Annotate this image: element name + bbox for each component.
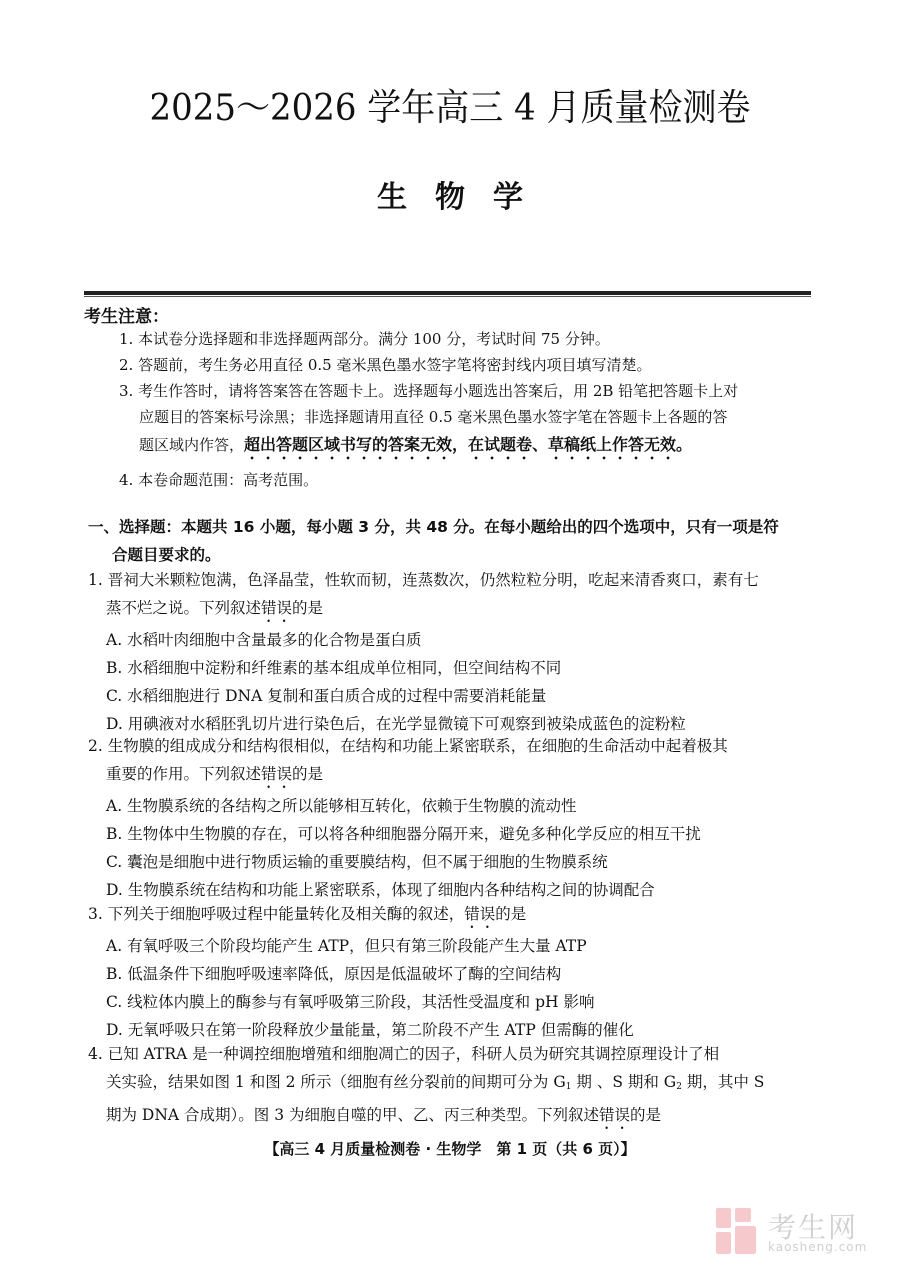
watermark-url: kaosheng.com xyxy=(768,1240,867,1254)
question-3-option-c: C. 线粒体内膜上的酶参与有氧呼吸第三阶段，其活性受温度和 pH 影响 xyxy=(88,988,823,1016)
question-2-stem-line2: 重要的作用。下列叙述错误的是 xyxy=(88,760,823,792)
question-3-option-b: B. 低温条件下细胞呼吸速率降低，原因是低温破坏了酶的空间结构 xyxy=(88,960,823,988)
notice-emphasis-warning: 超出答题区域书写的答案无效，在试题卷、草稿纸上作答无效。 xyxy=(244,435,692,454)
question-1-emphasis: 错误 xyxy=(261,599,292,617)
question-4-stem-line1: 4. 已知 ATRA 是一种调控细胞增殖和细胞凋亡的因子，科研人员为研究其调控原… xyxy=(88,1040,823,1068)
question-4-stem-text-a: 关实验，结果如图 1 和图 2 所示（细胞有丝分裂前的间期可分为 G xyxy=(106,1073,566,1091)
section-1-heading: 一、选择题：本题共 16 小题，每小题 3 分，共 48 分。在每小题给出的四个… xyxy=(88,513,818,569)
section-1-line1: 一、选择题：本题共 16 小题，每小题 3 分，共 48 分。在每小题给出的四个… xyxy=(88,513,818,541)
watermark: 考生网 kaosheng.com xyxy=(716,1208,896,1258)
question-3-stem-text: 3. 下列关于细胞呼吸过程中能量转化及相关酶的叙述， xyxy=(88,905,464,923)
notice-heading: 考生注意： xyxy=(84,302,169,327)
subject-title: 生物学 xyxy=(0,172,900,216)
question-2-option-a: A. 生物膜系统的各结构之所以能够相互转化，依赖于生物膜的流动性 xyxy=(88,792,823,820)
notice-item-4: 4. 本卷命题范围：高考范围。 xyxy=(119,467,819,493)
header-divider xyxy=(84,291,811,295)
notice-item-3-line2: 应题目的答案标号涂黑；非选择题请用直径 0.5 毫米黑色墨水签字笔在答题卡上各题… xyxy=(119,404,819,430)
question-3-emphasis: 错误 xyxy=(464,905,495,923)
question-4-stem-text-c: 期，其中 S xyxy=(682,1073,764,1091)
question-3-stem-line1: 3. 下列关于细胞呼吸过程中能量转化及相关酶的叙述，错误的是 xyxy=(88,900,823,932)
question-2: 2. 生物膜的组成成分和结构很相似，在结构和功能上紧密联系，在细胞的生命活动中起… xyxy=(88,732,823,904)
question-1-stem-suffix: 的是 xyxy=(292,599,323,617)
question-4: 4. 已知 ATRA 是一种调控细胞增殖和细胞凋亡的因子，科研人员为研究其调控原… xyxy=(88,1040,823,1133)
question-4-stem-suffix: 的是 xyxy=(630,1106,661,1124)
question-2-option-c: C. 囊泡是细胞中进行物质运输的重要膜结构，但不属于细胞的生物膜系统 xyxy=(88,848,823,876)
question-2-option-b: B. 生物体中生物膜的存在，可以将各种细胞器分隔开来，避免多种化学反应的相互干扰 xyxy=(88,820,823,848)
exam-title: 2025～2026 学年高三 4 月质量检测卷 xyxy=(0,78,900,131)
notice-item-3: 3. 考生作答时，请将答案答在答题卡上。选择题每小题选出答案后，用 2B 铅笔把… xyxy=(119,378,819,463)
notice-item-1: 1. 本试卷分选择题和非选择题两部分。满分 100 分，考试时间 75 分钟。 xyxy=(119,326,819,352)
question-3-option-a: A. 有氧呼吸三个阶段均能产生 ATP，但只有第三阶段能产生大量 ATP xyxy=(88,932,823,960)
question-2-stem-text: 重要的作用。下列叙述 xyxy=(106,765,261,783)
question-4-stem-line3: 期为 DNA 合成期）。图 3 为细胞自噬的甲、乙、丙三种类型。下列叙述错误的是 xyxy=(88,1101,823,1133)
question-2-stem-suffix: 的是 xyxy=(292,765,323,783)
question-4-stem-line2: 关实验，结果如图 1 和图 2 所示（细胞有丝分裂前的间期可分为 G1 期 、S… xyxy=(88,1068,823,1101)
question-1: 1. 晋祠大米颗粒饱满，色泽晶莹，性软而韧，连蒸数次，仍然粒粒分明，吃起来清香爽… xyxy=(88,566,823,738)
question-3-stem-suffix: 的是 xyxy=(495,905,526,923)
notice-list: 1. 本试卷分选择题和非选择题两部分。满分 100 分，考试时间 75 分钟。 … xyxy=(119,326,819,493)
notice-item-2: 2. 答题前，考生务必用直径 0.5 毫米黑色墨水签字笔将密封线内项目填写清楚。 xyxy=(119,352,819,378)
question-2-emphasis: 错误 xyxy=(261,765,292,783)
notice-item-3-line1: 3. 考生作答时，请将答案答在答题卡上。选择题每小题选出答案后，用 2B 铅笔把… xyxy=(119,378,819,404)
notice-item-3-prefix: 题区域内作答， xyxy=(139,436,244,454)
question-4-emphasis: 错误 xyxy=(599,1106,630,1124)
question-1-stem-line2: 蒸不烂之说。下列叙述错误的是 xyxy=(88,594,823,626)
question-1-option-c: C. 水稻细胞进行 DNA 复制和蛋白质合成的过程中需要消耗能量 xyxy=(88,682,823,710)
section-1-line2: 合题目要求的。 xyxy=(88,541,818,569)
question-3: 3. 下列关于细胞呼吸过程中能量转化及相关酶的叙述，错误的是 A. 有氧呼吸三个… xyxy=(88,900,823,1044)
watermark-logo-icon xyxy=(716,1208,756,1254)
question-4-stem-text-b: 期 、S 期和 G xyxy=(571,1073,676,1091)
question-2-stem-line1: 2. 生物膜的组成成分和结构很相似，在结构和功能上紧密联系，在细胞的生命活动中起… xyxy=(88,732,823,760)
question-4-stem-text-d: 期为 DNA 合成期）。图 3 为细胞自噬的甲、乙、丙三种类型。下列叙述 xyxy=(106,1106,599,1124)
question-1-option-a: A. 水稻叶肉细胞中含量最多的化合物是蛋白质 xyxy=(88,626,823,654)
question-1-stem-line1: 1. 晋祠大米颗粒饱满，色泽晶莹，性软而韧，连蒸数次，仍然粒粒分明，吃起来清香爽… xyxy=(88,566,823,594)
notice-item-3-line3: 题区域内作答，超出答题区域书写的答案无效，在试题卷、草稿纸上作答无效。 xyxy=(119,430,819,463)
question-1-option-b: B. 水稻细胞中淀粉和纤维素的基本组成单位相同，但空间结构不同 xyxy=(88,654,823,682)
page-footer: 【高三 4 月质量检测卷 · 生物学 第 1 页（共 6 页）】 xyxy=(0,1138,900,1159)
question-1-stem-text: 蒸不烂之说。下列叙述 xyxy=(106,599,261,617)
